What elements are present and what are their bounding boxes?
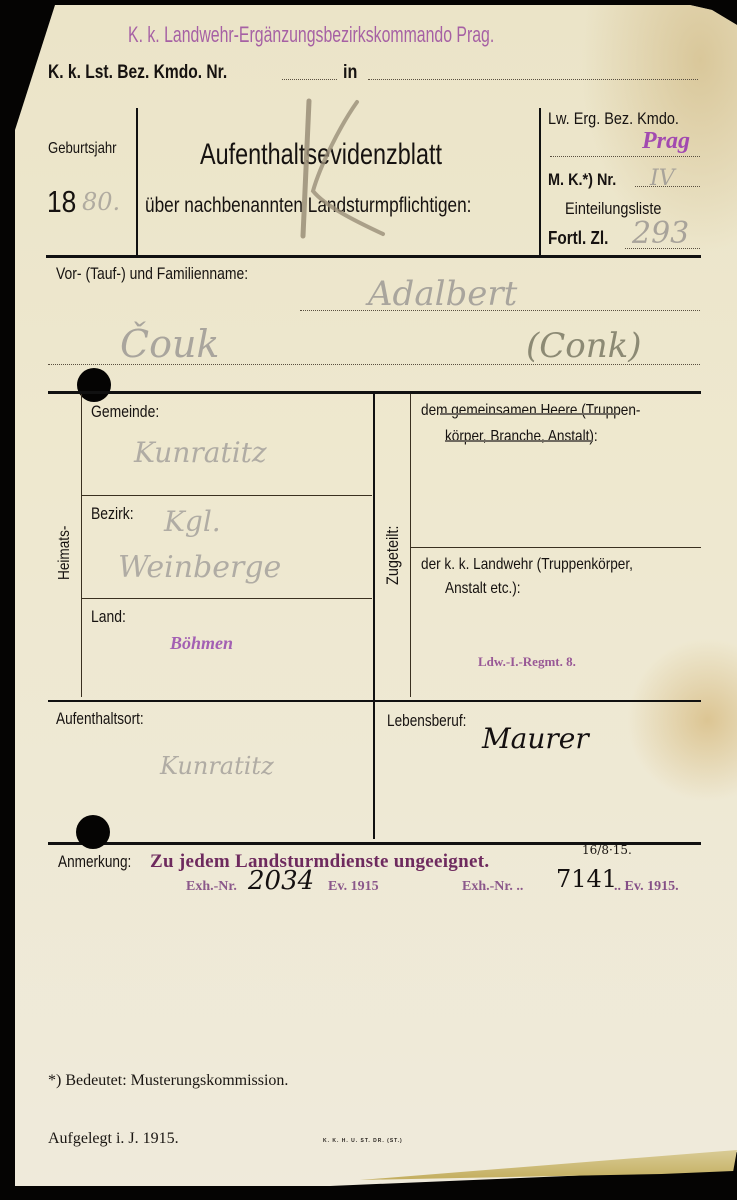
first-name-handwritten: Adalbert <box>368 274 517 314</box>
handwritten-k-mark <box>295 96 405 246</box>
zugeteilt-side-label: Zugeteilt: <box>383 526 403 585</box>
lw-kmdo-label: Lw. Erg. Bez. Kmdo. <box>548 109 679 129</box>
bezirk-label: Bezirk: <box>91 504 134 524</box>
bezirk-land-rule <box>81 598 372 599</box>
printer-mark: K. K. H. U. ST. DR. (ST.) <box>323 1138 403 1144</box>
mk-nr-value: IV <box>650 166 675 191</box>
land-value-stamp: Böhmen <box>170 633 233 654</box>
landwehr-regiment-stamp: Ldw.-I.-Regmt. 8. <box>478 654 576 670</box>
landwehr-label-line1: der k. k. Landwehr (Truppenkörper, <box>421 556 633 574</box>
ev1-label: Ev. 1915 <box>328 879 379 895</box>
mk-nr-field[interactable] <box>635 186 700 187</box>
in-label: in <box>343 62 357 84</box>
name-label: Vor- (Tauf-) und Familienname: <box>56 264 248 284</box>
heer-label-line1: dem gemeinsamen Heere (Truppen- <box>421 402 640 420</box>
kmdo-number-field[interactable] <box>282 79 337 80</box>
divider-rightbox <box>539 108 541 255</box>
birth-year-handwritten: 80. <box>82 188 120 216</box>
center-divider <box>373 394 375 839</box>
heer-strikethrough-1 <box>440 413 618 415</box>
surname-alt-handwritten: (Conk) <box>526 326 642 366</box>
heer-strikethrough-2 <box>445 440 593 442</box>
exh2-label: Exh.-Nr. .. <box>462 879 523 895</box>
fortl-zl-label: Fortl. Zl. <box>548 228 608 249</box>
bezirk-value-line1: Kgl. <box>164 505 221 538</box>
mk-nr-label: M. K.*) Nr. <box>548 170 616 190</box>
anmerkung-date: 16/8·15. <box>582 843 632 857</box>
anmerkung-label: Anmerkung: <box>58 852 131 872</box>
exh2-value: 7141 <box>556 865 617 893</box>
birth-year-prefix: 18 <box>47 184 76 220</box>
lw-kmdo-field[interactable] <box>550 156 700 157</box>
gemeinde-bezirk-rule <box>81 495 372 496</box>
gemeinde-value: Kunratitz <box>134 436 267 469</box>
heer-label-line2: körper, Branche, Anstalt): <box>445 428 598 446</box>
lebensberuf-label: Lebensberuf: <box>387 711 466 731</box>
zugeteilt-inner-border <box>410 394 411 697</box>
heer-landwehr-rule <box>411 547 701 548</box>
lw-kmdo-value-stamp: Prag <box>642 128 690 155</box>
gemeinde-label: Gemeinde: <box>91 402 159 422</box>
heimat-inner-border <box>81 394 82 697</box>
bezirk-value-line2: Weinberge <box>118 550 281 585</box>
aufenthaltsort-value: Kunratitz <box>160 752 274 780</box>
kmdo-label: K. k. Lst. Bez. Kmdo. Nr. <box>48 62 227 84</box>
surname-handwritten: Čouk <box>120 322 219 366</box>
land-label: Land: <box>91 607 126 627</box>
exh1-value: 2034 <box>248 866 314 896</box>
header-bottom-rule <box>46 255 701 258</box>
punch-hole-bottom <box>76 815 110 849</box>
in-location-field[interactable] <box>368 79 698 80</box>
header-stamp: K. k. Landwehr-Ergänzungsbezirkskommando… <box>128 22 494 48</box>
issued-year: Aufgelegt i. J. 1915. <box>48 1130 179 1148</box>
punch-hole-top <box>77 368 111 402</box>
divider-birth <box>136 108 138 255</box>
fortl-zl-value: 293 <box>632 216 689 251</box>
lebensberuf-value: Maurer <box>482 722 589 755</box>
heimats-side-label: Heimats- <box>56 526 74 580</box>
exh1-label: Exh.-Nr. <box>186 879 237 895</box>
middle-rule <box>48 700 701 702</box>
birth-year-label: Geburtsjahr <box>48 140 117 158</box>
aufenthaltsort-label: Aufenthaltsort: <box>56 709 144 729</box>
fortl-zl-field[interactable] <box>625 248 700 249</box>
surname-field[interactable] <box>48 364 700 365</box>
footnote: *) Bedeutet: Musterungskommission. <box>48 1072 288 1090</box>
first-name-field[interactable] <box>300 310 700 311</box>
landwehr-label-line2: Anstalt etc.): <box>445 580 521 598</box>
anmerkung-stamp: Zu jedem Landsturmdienste ungeeignet. <box>150 851 489 873</box>
ev2-label: .. Ev. 1915. <box>614 879 679 895</box>
